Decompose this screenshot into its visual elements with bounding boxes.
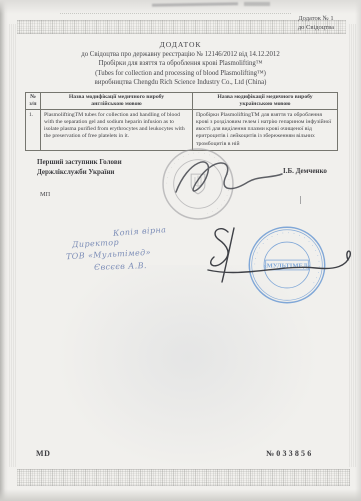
table-row: 1. PlasmoliftingTM tubes for collection …: [26, 109, 338, 150]
scan-edge-top: [0, 0, 361, 14]
corner-note-line2: до Свідоцтва: [298, 24, 334, 33]
document-heading: ДОДАТОК: [0, 40, 361, 49]
ornament-border-bottom: [17, 469, 350, 486]
title-product-en: (Tubes for collection and processing of …: [0, 69, 361, 78]
title-block: ДОДАТОК до Свідоцтва про державну реєстр…: [0, 40, 361, 87]
scan-artifact: [244, 2, 270, 6]
cell-row-number: 1.: [26, 109, 41, 150]
signatory-position-line2: Держлікслужби України: [37, 168, 122, 178]
blank-number: №033856: [266, 449, 313, 458]
corner-note: Додаток № 1 до Свідоцтва: [298, 15, 334, 32]
scanned-certificate-appendix: { "doc": { "corner": { "line1": "Додаток…: [0, 0, 361, 501]
official-signature: [168, 148, 288, 214]
cell-name-english: PlasmoliftingTM tubes for collection and…: [41, 109, 193, 150]
ornament-border-left: [9, 24, 17, 467]
director-signature: [198, 222, 360, 298]
cell-name-ukrainian: Пробірки PlasmoliftingTM для взяття та о…: [193, 109, 338, 150]
header-name-english: Назва модифікації медичного виробу англі…: [41, 93, 193, 110]
signatory-name: І.Б. Демченко: [283, 167, 327, 175]
signatory-position: Перший заступник Голови Держлікслужби Ук…: [37, 158, 122, 177]
signatory-position-line1: Перший заступник Голови: [37, 158, 122, 168]
scan-artifact-line: [60, 13, 291, 14]
scan-edge-bottom: [0, 489, 361, 501]
ornament-border-top: [17, 20, 346, 34]
table-header-row: № з/п Назва модифікації медичного виробу…: [26, 93, 338, 110]
corner-note-line1: Додаток № 1: [298, 15, 334, 24]
title-product-uk: Пробірки для взяття та оброблення крові …: [0, 59, 361, 68]
title-registration-line: до Свідоцтва про державну реєстрацію № 1…: [0, 50, 361, 59]
blank-series-code: MD: [36, 449, 51, 458]
scan-mark: [300, 196, 301, 204]
header-name-ukrainian: Назва модифікації медичного виробу украї…: [193, 93, 338, 110]
title-manufacturer: виробництва Chengdu Rich Science Industr…: [0, 78, 361, 87]
handwritten-name: Євсєєв А.В.: [94, 261, 147, 272]
header-number: № з/п: [26, 93, 41, 110]
seal-place-mark: МП: [40, 191, 50, 198]
modification-table: № з/п Назва модифікації медичного виробу…: [25, 92, 338, 151]
